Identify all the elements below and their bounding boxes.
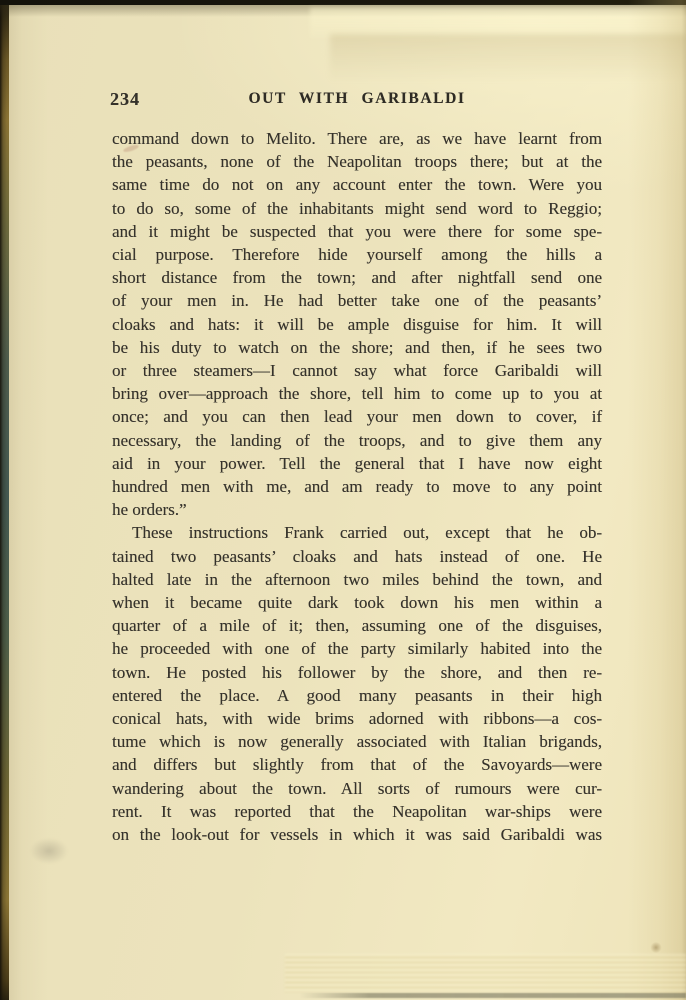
text-line: of your men in. He had better take one o… <box>112 289 602 312</box>
text-line: aid in your power. Tell the general that… <box>112 452 602 475</box>
text-line: command down to Melito. There are, as we… <box>112 127 602 150</box>
page-header: 234 OUT WITH GARIBALDI <box>112 89 602 109</box>
text-line: and it might be suspected that you were … <box>112 220 602 243</box>
page-edge-right <box>628 0 686 1000</box>
speck <box>650 942 662 953</box>
page-edges-bottom <box>285 954 686 992</box>
text-line: quarter of a mile of it; then, assuming … <box>112 614 602 637</box>
text-line: cial purpose. Therefore hide yourself am… <box>112 243 602 266</box>
text-line: short distance from the town; and after … <box>112 266 602 289</box>
text-line: when it became quite dark took down his … <box>112 591 602 614</box>
page-edge-bottom-line <box>300 993 686 998</box>
text-line: tume which is now generally associated w… <box>112 730 602 753</box>
text-line: bring over—approach the shore, tell him … <box>112 382 602 405</box>
text-line: cloaks and hats: it will be ample disgui… <box>112 313 602 336</box>
running-header-title: OUT WITH GARIBALDI <box>112 90 602 108</box>
text-line: and differs but slightly from that of th… <box>112 753 602 776</box>
text-line: entered the place. A good many peasants … <box>112 684 602 707</box>
text-line: hundred men with me, and am ready to mov… <box>112 475 602 498</box>
text-line: town. He posted his follower by the shor… <box>112 661 602 684</box>
text-line: on the look-out for vessels in which it … <box>112 823 602 846</box>
text-line: he orders.” <box>112 498 602 521</box>
paragraph: command down to Melito. There are, as we… <box>112 127 602 521</box>
text-line: the peasants, none of the Neapolitan tro… <box>112 150 602 173</box>
text-line: to do so, some of the inhabitants might … <box>112 197 602 220</box>
paragraph: These instructions Frank carried out, ex… <box>112 521 602 846</box>
text-line: tained two peasants’ cloaks and hats ins… <box>112 545 602 568</box>
text-line: rent. It was reported that the Neapolita… <box>112 800 602 823</box>
text-line: halted late in the afternoon two miles b… <box>112 568 602 591</box>
text-line: he proceeded with one of the party simil… <box>112 637 602 660</box>
text-line: necessary, the landing of the troops, an… <box>112 429 602 452</box>
text-line: conical hats, with wide brims adorned wi… <box>112 707 602 730</box>
text-line: wandering about the town. All sorts of r… <box>112 777 602 800</box>
text-line: or three steamers—I cannot say what forc… <box>112 359 602 382</box>
spine-edge <box>0 0 9 1000</box>
smudge <box>30 838 68 864</box>
book-page-scan: 234 OUT WITH GARIBALDI command down to M… <box>0 0 686 1000</box>
text-line: These instructions Frank carried out, ex… <box>112 521 602 544</box>
text-line: same time do not on any account enter th… <box>112 173 602 196</box>
text-line: once; and you can then lead your men dow… <box>112 405 602 428</box>
body-text: command down to Melito. There are, as we… <box>112 127 602 846</box>
text-line: be his duty to watch on the shore; and t… <box>112 336 602 359</box>
